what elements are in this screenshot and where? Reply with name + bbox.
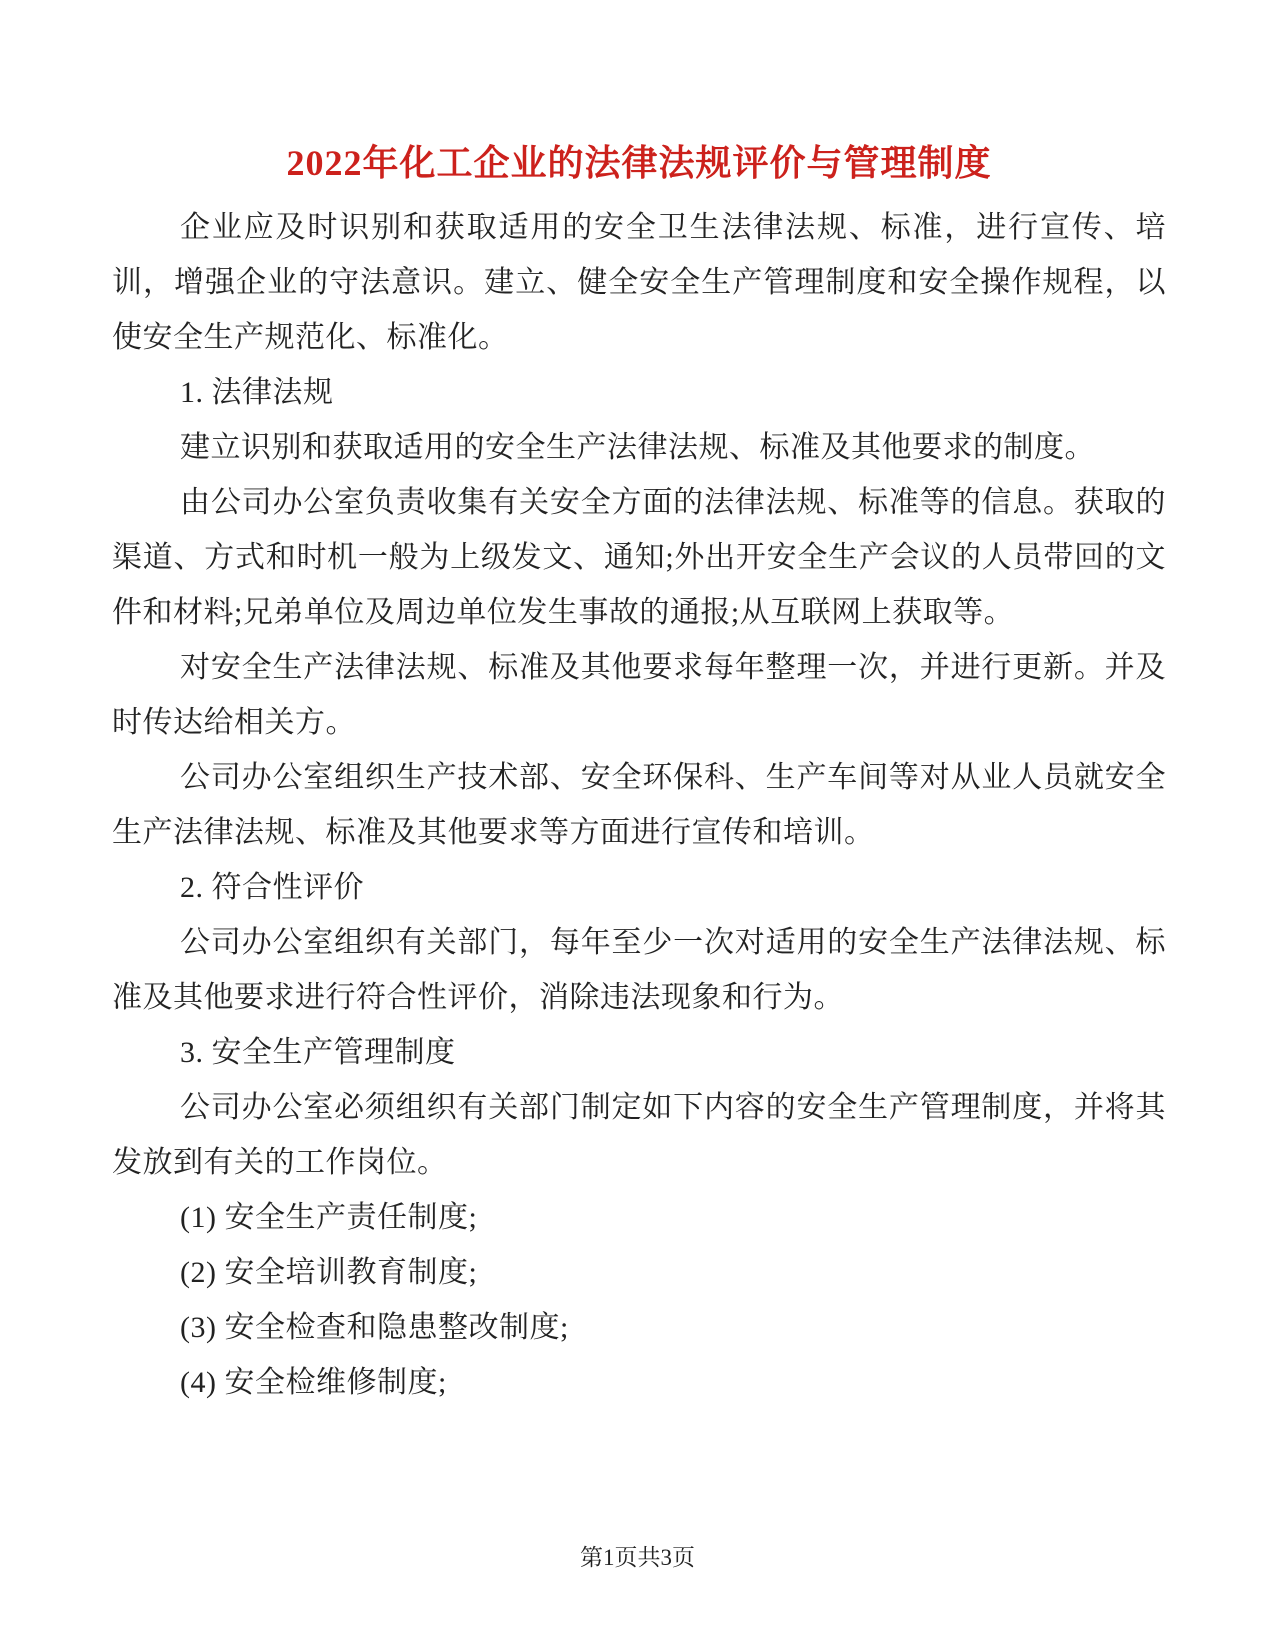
paragraph: 建立识别和获取适用的安全生产法律法规、标准及其他要求的制度。 <box>112 420 1166 475</box>
paragraph: 由公司办公室负责收集有关安全方面的法律法规、标准等的信息。获取的渠道、方式和时机… <box>112 475 1166 640</box>
paragraph: 公司办公室组织有关部门，每年至少一次对适用的安全生产法律法规、标准及其他要求进行… <box>112 915 1166 1025</box>
section-heading: 1. 法律法规 <box>112 365 1166 420</box>
paragraph: 公司办公室组织生产技术部、安全环保科、生产车间等对从业人员就安全生产法律法规、标… <box>112 750 1166 860</box>
document-page: 2022年化工企业的法律法规评价与管理制度 企业应及时识别和获取适用的安全卫生法… <box>0 0 1275 1650</box>
list-item: (4) 安全检维修制度; <box>112 1355 1166 1410</box>
list-item: (2) 安全培训教育制度; <box>112 1245 1166 1300</box>
list-item: (1) 安全生产责任制度; <box>112 1190 1166 1245</box>
page-number-footer: 第1页共3页 <box>0 1543 1275 1573</box>
document-body: 企业应及时识别和获取适用的安全卫生法律法规、标准，进行宣传、培训，增强企业的守法… <box>112 200 1166 1410</box>
paragraph: 公司办公室必须组织有关部门制定如下内容的安全生产管理制度，并将其发放到有关的工作… <box>112 1080 1166 1190</box>
paragraph: 企业应及时识别和获取适用的安全卫生法律法规、标准，进行宣传、培训，增强企业的守法… <box>112 200 1166 365</box>
section-heading: 3. 安全生产管理制度 <box>112 1025 1166 1080</box>
list-item: (3) 安全检查和隐患整改制度; <box>112 1300 1166 1355</box>
paragraph: 对安全生产法律法规、标准及其他要求每年整理一次，并进行更新。并及时传达给相关方。 <box>112 640 1166 750</box>
document-title: 2022年化工企业的法律法规评价与管理制度 <box>112 138 1166 188</box>
document-content: 2022年化工企业的法律法规评价与管理制度 企业应及时识别和获取适用的安全卫生法… <box>112 138 1166 1410</box>
section-heading: 2. 符合性评价 <box>112 860 1166 915</box>
